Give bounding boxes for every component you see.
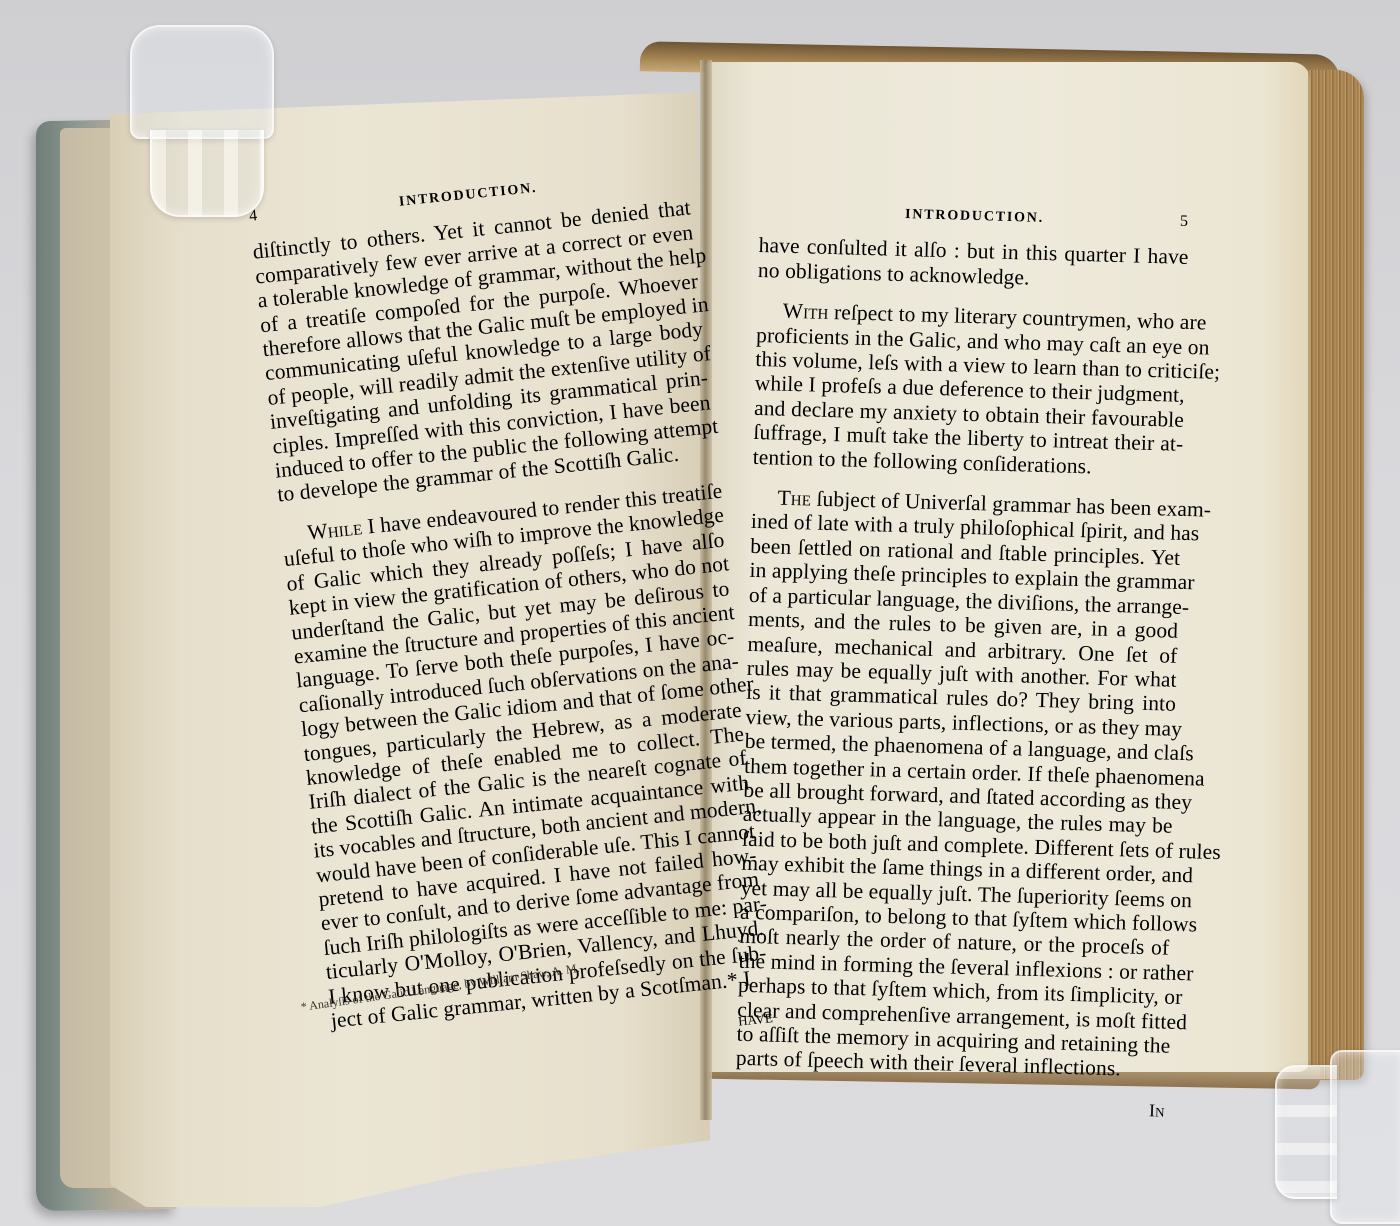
deckle-edge (1300, 70, 1310, 1070)
left-page-text: 4 INTRODUCTION. 0 diſtinctly to others. … (248, 161, 774, 1074)
catchword: In (735, 1086, 1166, 1122)
paragraph: With reſpect to my literary countrymen, … (752, 298, 1187, 481)
paragraph: The ſubject of Univerſal grammar has bee… (736, 485, 1182, 1083)
left-paragraphs: diſtinctly to others. Yet it cannot be d… (252, 196, 770, 1033)
paragraph: While I have endeavoured to render this … (280, 479, 770, 1033)
paragraph-lead: With (783, 299, 829, 324)
page-clip-bottom (1330, 1050, 1400, 1224)
page-number: 5 (1180, 210, 1190, 235)
right-page-text: 0 INTRODUCTION. 5 have conſulted it alſo… (735, 198, 1190, 1123)
paragraph-lead: The (777, 486, 811, 511)
right-paragraphs: have conſulted it alſo : but in this qua… (736, 233, 1189, 1082)
book-photo: 4 INTRODUCTION. 0 diſtinctly to others. … (0, 0, 1400, 1226)
page-clip-top-teeth (150, 130, 264, 217)
page-clip-bottom-teeth (1275, 1065, 1337, 1199)
page-clip-top (130, 25, 274, 139)
paragraph: diſtinctly to others. Yet it cannot be d… (252, 196, 717, 508)
